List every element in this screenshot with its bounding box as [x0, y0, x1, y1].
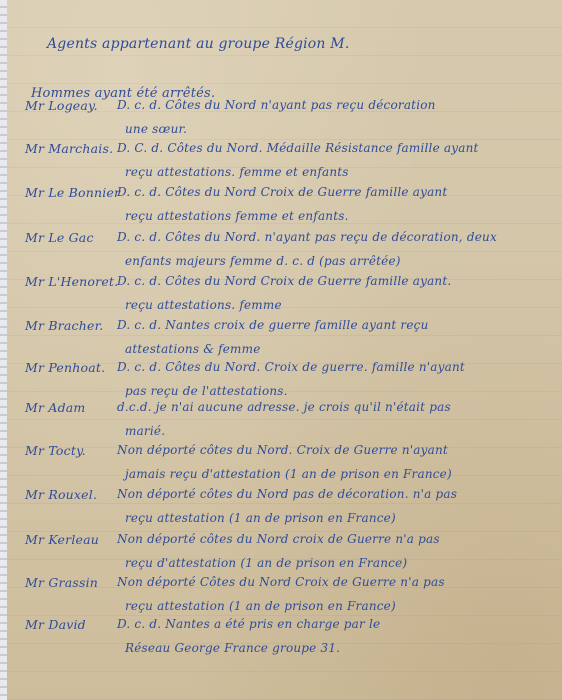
agent-details-continued: reçu attestation (1 an de prison en Fran… [125, 599, 396, 613]
agent-details-continued: reçu attestations. femme [125, 298, 282, 312]
agent-details-continued: Réseau George France groupe 31. [125, 641, 340, 655]
agent-details-continued: enfants majeurs femme d. c. d (pas arrêt… [125, 254, 401, 268]
agent-details: d.c.d. je n'ai aucune adresse. je crois … [117, 400, 451, 414]
agent-details: Non déporté Côtes du Nord Croix de Guerr… [117, 575, 445, 589]
agent-name: Mr Bracher. [25, 318, 104, 333]
agent-name: Mr Adam [25, 400, 85, 415]
notebook-binding-edge [0, 0, 7, 700]
agent-details: D. c. d. Côtes du Nord Croix de Guerre f… [117, 274, 451, 288]
agent-details: D. c. d. Côtes du Nord. Croix de guerre.… [117, 360, 465, 374]
agent-name: Mr Penhoat. [25, 360, 105, 375]
agent-name: Mr David [25, 617, 86, 632]
agent-details: Non déporté côtes du Nord croix de Guerr… [117, 532, 440, 546]
agent-name: Mr Kerleau [25, 532, 99, 547]
agent-details: D. c. d. Côtes du Nord n'ayant pas reçu … [117, 98, 436, 112]
agent-name: Mr Rouxel. [25, 487, 97, 502]
agent-details: D. c. d. Côtes du Nord Croix de Guerre f… [117, 185, 447, 199]
agent-details: D. c. d. Côtes du Nord. n'ayant pas reçu… [117, 230, 497, 244]
agent-details-continued: une sœur. [125, 122, 187, 136]
agent-name: Mr Le Bonnier [25, 185, 120, 200]
agent-details-continued: jamais reçu d'attestation (1 an de priso… [125, 467, 452, 481]
agent-details-continued: reçu attestation (1 an de prison en Fran… [125, 511, 396, 525]
agent-details-continued: attestations & femme [125, 342, 261, 356]
agent-name: Mr Logeay. [25, 98, 98, 113]
handwritten-page: Agents appartenant au groupe Région M. H… [7, 0, 562, 700]
agent-name: Mr Marchais. [25, 141, 113, 156]
agent-name: Mr Grassin [25, 575, 98, 590]
agent-name: Mr L'Henoret. [25, 274, 118, 289]
agent-details-continued: pas reçu de l'attestations. [125, 384, 288, 398]
agent-details: D. c. d. Nantes a été pris en charge par… [117, 617, 380, 631]
agent-details: Non déporté côtes du Nord. Croix de Guer… [117, 443, 448, 457]
agent-name: Mr Le Gac [25, 230, 94, 245]
agent-details-continued: reçu attestations. femme et enfants [125, 165, 349, 179]
agent-details: D. c. d. Nantes croix de guerre famille … [117, 318, 429, 332]
agent-details-continued: marié. [125, 424, 165, 438]
page-title: Agents appartenant au groupe Région M. [47, 36, 349, 52]
agent-details: Non déporté côtes du Nord pas de décorat… [117, 487, 457, 501]
agent-details: D. C. d. Côtes du Nord. Médaille Résista… [117, 141, 479, 155]
agent-details-continued: reçu d'attestation (1 an de prison en Fr… [125, 556, 407, 570]
agent-details-continued: reçu attestations femme et enfants. [125, 209, 349, 223]
agent-name: Mr Tocty. [25, 443, 86, 458]
